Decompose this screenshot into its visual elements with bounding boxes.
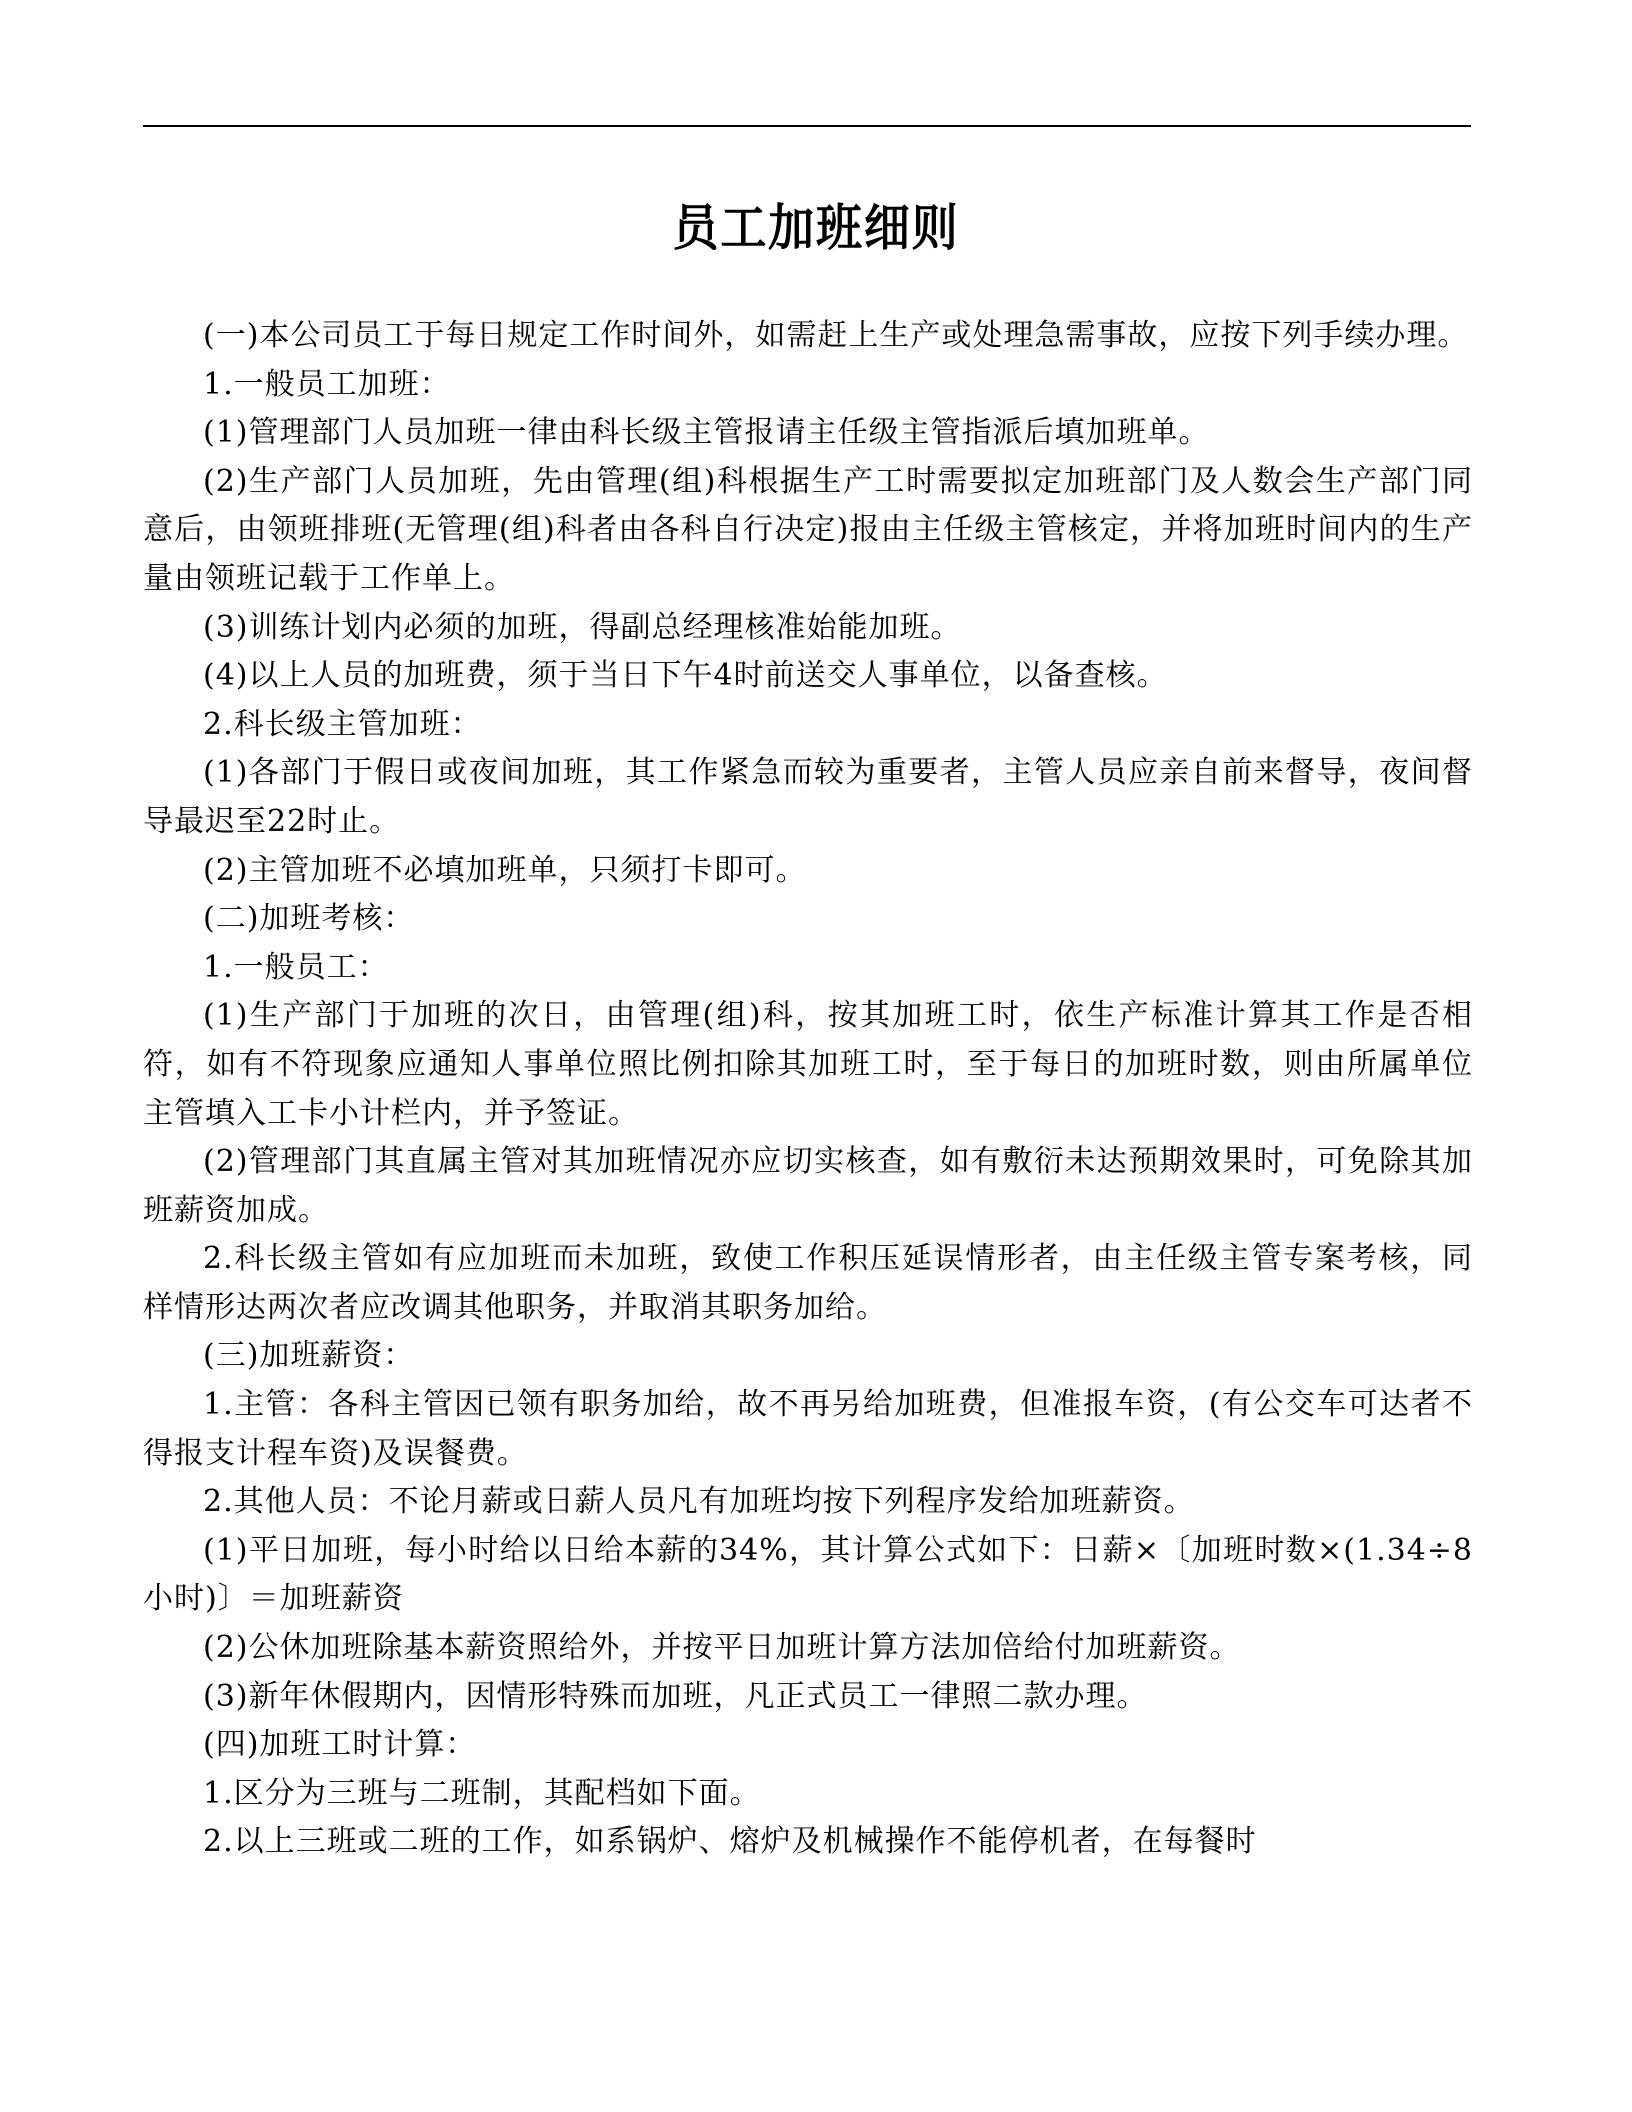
paragraph-item-2-heading: 2.科长级主管加班： — [143, 701, 1473, 750]
paragraph-item-2-2: (2)主管加班不必填加班单，只须打卡即可。 — [143, 847, 1473, 896]
paragraph-s4-item-1: 1.区分为三班与二班制，其配档如下面。 — [143, 1770, 1473, 1819]
document-title: 员工加班细则 — [65, 196, 1566, 260]
paragraph-item-2-1: (1)各部门于假日或夜间加班，其工作紧急而较为重要者，主管人员应亲自前来督导，夜… — [143, 749, 1473, 846]
paragraph-s3-item-2-3: (3)新年休假期内，因情形特殊而加班，凡正式员工一律照二款办理。 — [143, 1673, 1473, 1722]
paragraph-item-1-3: (3)训练计划内必须的加班，得副总经理核准始能加班。 — [143, 604, 1473, 653]
paragraph-s3-item-2-1: (1)平日加班，每小时给以日给本薪的34%，其计算公式如下：日薪×〔加班时数×(… — [143, 1527, 1473, 1624]
paragraph-item-1-1: (1)管理部门人员加班一律由科长级主管报请主任级主管指派后填加班单。 — [143, 409, 1473, 458]
paragraph-item-1-heading: 1.一般员工加班： — [143, 361, 1473, 410]
paragraph-s3-item-2-2: (2)公休加班除基本薪资照给外，并按平日加班计算方法加倍给付加班薪资。 — [143, 1624, 1473, 1673]
paragraph-s3-item-2: 2.其他人员：不论月薪或日薪人员凡有加班均按下列程序发给加班薪资。 — [143, 1478, 1473, 1527]
paragraph-s2-item-1-heading: 1.一般员工： — [143, 944, 1473, 993]
paragraph-s4-item-2: 2.以上三班或二班的工作，如系锅炉、熔炉及机械操作不能停机者，在每餐时 — [143, 1818, 1473, 1867]
paragraph-s2-item-1-1: (1)生产部门于加班的次日，由管理(组)科，按其加班工时，依生产标准计算其工作是… — [143, 992, 1473, 1138]
paragraph-section-4-heading: (四)加班工时计算： — [143, 1721, 1473, 1770]
document-body: (一)本公司员工于每日规定工作时间外，如需赶上生产或处理急需事故，应按下列手续办… — [143, 312, 1473, 1867]
paragraph-s2-item-2: 2.科长级主管如有应加班而未加班，致使工作积压延误情形者，由主任级主管专案考核，… — [143, 1235, 1473, 1332]
paragraph-section-1-intro: (一)本公司员工于每日规定工作时间外，如需赶上生产或处理急需事故，应按下列手续办… — [143, 312, 1473, 361]
paragraph-item-1-2: (2)生产部门人员加班，先由管理(组)科根据生产工时需要拟定加班部门及人数会生产… — [143, 458, 1473, 604]
paragraph-section-3-heading: (三)加班薪资： — [143, 1332, 1473, 1381]
paragraph-item-1-4: (4)以上人员的加班费，须于当日下午4时前送交人事单位，以备查核。 — [143, 652, 1473, 701]
header-rule — [143, 125, 1471, 127]
paragraph-section-2-heading: (二)加班考核： — [143, 895, 1473, 944]
document-page: 员工加班细则 (一)本公司员工于每日规定工作时间外，如需赶上生产或处理急需事故，… — [0, 0, 1632, 2112]
paragraph-s2-item-1-2: (2)管理部门其直属主管对其加班情况亦应切实核查，如有敷衍未达预期效果时，可免除… — [143, 1138, 1473, 1235]
paragraph-s3-item-1: 1.主管：各科主管因已领有职务加给，故不再另给加班费，但准报车资，(有公交车可达… — [143, 1381, 1473, 1478]
